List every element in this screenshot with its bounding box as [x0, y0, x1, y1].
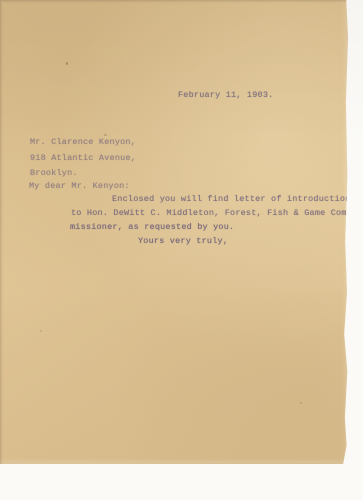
- body-line-2: to Hon. DeWitt C. Middleton, Forest, Fis…: [71, 208, 352, 218]
- recipient-name: Mr. Clarence Kenyon,: [30, 137, 136, 147]
- recipient-address: 918 Atlantic Avenue,: [30, 153, 136, 163]
- letter-paper: February 11, 1903. Mr. Clarence Kenyon, …: [0, 0, 348, 464]
- paper-speck: [104, 134, 107, 136]
- closing: Yours very truly,: [138, 236, 228, 246]
- scanned-letter-photo: February 11, 1903. Mr. Clarence Kenyon, …: [0, 0, 363, 500]
- body-line-3: missioner, as requested by you.: [70, 222, 234, 232]
- paper-speck: [66, 62, 68, 65]
- recipient-city: Brooklyn.: [30, 168, 78, 178]
- paper-speck: [300, 402, 302, 404]
- salutation: My dear Mr. Kenyon:: [29, 181, 130, 191]
- paper-speck: [40, 330, 42, 332]
- body-line-1: Enclosed you will find letter of introdu…: [112, 194, 351, 204]
- letter-date: February 11, 1903.: [178, 90, 273, 100]
